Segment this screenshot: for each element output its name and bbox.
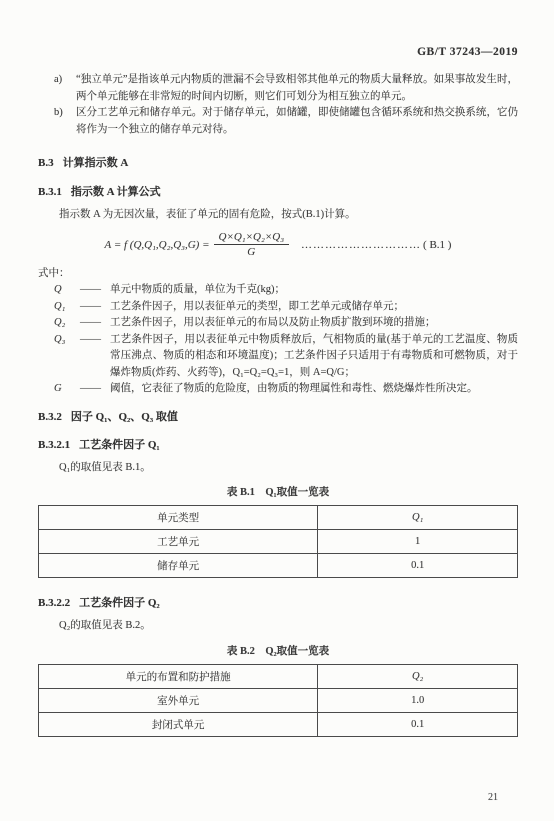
- dash: ——: [80, 381, 110, 398]
- table-cell: 封闭式单元: [39, 712, 318, 736]
- definition-text: 工艺条件因子，用以表征单元的布局以及防止物质扩散到环境的措施；: [110, 315, 518, 332]
- dash: ——: [80, 299, 110, 316]
- table-b1: 单元类型 Q₁ 工艺单元 1 储存单元 0.1: [38, 505, 518, 578]
- section-heading-b31: B.3.1指示数 A 计算公式: [38, 183, 518, 199]
- section-title: 工艺条件因子 Q₂: [79, 597, 160, 609]
- table-header-cell: Q₂: [318, 664, 518, 688]
- symbol: Q₁: [54, 299, 80, 316]
- definition-q3: Q₃ —— 工艺条件因子，用以表征单元中物质释放后，气相物质的量(基于单元的工艺…: [54, 332, 518, 382]
- dash: ——: [80, 282, 110, 299]
- table-cell: 储存单元: [39, 554, 318, 578]
- definition-text: 工艺条件因子，用以表征单元中物质释放后，气相物质的量(基于单元的工艺温度、物质常…: [110, 332, 518, 382]
- definition-q: Q —— 单元中物质的质量，单位为千克(kg)；: [54, 282, 518, 299]
- table-row: 工艺单元 1: [39, 530, 518, 554]
- table-row: 室外单元 1.0: [39, 688, 518, 712]
- section-number: B.3.1: [38, 186, 62, 198]
- formula-b1: A = f (Q,Q₁,Q₂,Q₃,G) = Q×Q₁×Q₂×Q₃ G ……………: [38, 228, 518, 262]
- note-marker: b): [54, 105, 76, 138]
- table-row: 封闭式单元 0.1: [39, 712, 518, 736]
- table-cell: 室外单元: [39, 688, 318, 712]
- table-cell: 1.0: [318, 688, 518, 712]
- note-item-a: a) “独立单元”是指该单元内物质的泄漏不会导致相邻其他单元的物质大量释放。如果…: [54, 72, 518, 105]
- definition-g: G —— 阈值，它表征了物质的危险度，由物质的物理属性和毒性、燃烧爆炸性所决定。: [54, 381, 518, 398]
- section-heading-b321: B.3.2.1工艺条件因子 Q₁: [38, 436, 518, 452]
- dash: ——: [80, 315, 110, 332]
- section-number: B.3.2: [38, 411, 62, 423]
- standard-code-header: GB/T 37243—2019: [38, 46, 518, 58]
- section-heading-b32: B.3.2因子 Q₁、Q₂、Q₃ 取值: [38, 408, 518, 424]
- section-heading-b3: B.3计算指示数 A: [38, 154, 518, 170]
- table-b1-title: 表 B.1 Q₁取值一览表: [38, 484, 518, 499]
- section-title: 工艺条件因子 Q₁: [79, 439, 160, 451]
- note-marker: a): [54, 72, 76, 105]
- note-text: 区分工艺单元和储存单元。对于储存单元，如储罐，即使储罐包含循环系统和热交换系统，…: [76, 105, 518, 138]
- definition-q2: Q₂ —— 工艺条件因子，用以表征单元的布局以及防止物质扩散到环境的措施；: [54, 315, 518, 332]
- section-number: B.3.2.2: [38, 597, 70, 609]
- section-title: 计算指示数 A: [63, 157, 129, 169]
- definition-text: 阈值，它表征了物质的危险度，由物质的物理属性和毒性、燃烧爆炸性所决定。: [110, 381, 518, 398]
- dash: ——: [80, 332, 110, 382]
- section-number: B.3.2.1: [38, 439, 70, 451]
- table-b2: 单元的布置和防护措施 Q₂ 室外单元 1.0 封闭式单元 0.1: [38, 664, 518, 737]
- definition-text: 单元中物质的质量，单位为千克(kg)；: [110, 282, 518, 299]
- table-cell: 0.1: [318, 554, 518, 578]
- table-header-row: 单元的布置和防护措施 Q₂: [39, 664, 518, 688]
- formula-fraction: Q×Q₁×Q₂×Q₃ G: [214, 231, 290, 258]
- symbol-definition-list: Q —— 单元中物质的质量，单位为千克(kg)； Q₁ —— 工艺条件因子，用以…: [38, 282, 518, 398]
- note-list: a) “独立单元”是指该单元内物质的泄漏不会导致相邻其他单元的物质大量释放。如果…: [54, 72, 518, 138]
- table-cell: 0.1: [318, 712, 518, 736]
- symbol: G: [54, 381, 80, 398]
- symbol: Q₃: [54, 332, 80, 382]
- where-lead: 式中：: [38, 266, 518, 283]
- definition-q1: Q₁ —— 工艺条件因子，用以表征单元的类型，即工艺单元或储存单元；: [54, 299, 518, 316]
- table-b2-title: 表 B.2 Q₂取值一览表: [38, 643, 518, 658]
- section-title: 指示数 A 计算公式: [71, 186, 161, 198]
- symbol: Q₂: [54, 315, 80, 332]
- definition-text: 工艺条件因子，用以表征单元的类型，即工艺单元或储存单元；: [110, 299, 518, 316]
- paragraph-b321-intro: Q₁的取值见表 B.1。: [38, 460, 518, 477]
- table-cell: 1: [318, 530, 518, 554]
- table-cell: 工艺单元: [39, 530, 318, 554]
- table-header-cell: Q₁: [318, 506, 518, 530]
- section-heading-b322: B.3.2.2工艺条件因子 Q₂: [38, 594, 518, 610]
- note-item-b: b) 区分工艺单元和储存单元。对于储存单元，如储罐，即使储罐包含循环系统和热交换…: [54, 105, 518, 138]
- formula-dot-leader: …………………………: [301, 239, 421, 251]
- table-header-row: 单元类型 Q₁: [39, 506, 518, 530]
- formula-number-label: ( B.1 ): [423, 239, 451, 251]
- table-row: 储存单元 0.1: [39, 554, 518, 578]
- section-title: 因子 Q₁、Q₂、Q₃ 取值: [71, 411, 178, 423]
- page-number: 21: [488, 792, 498, 803]
- symbol: Q: [54, 282, 80, 299]
- formula-numerator: Q×Q₁×Q₂×Q₃: [214, 231, 290, 245]
- formula-denominator: G: [214, 245, 290, 258]
- document-page: GB/T 37243—2019 a) “独立单元”是指该单元内物质的泄漏不会导致…: [0, 0, 554, 821]
- table-header-cell: 单元的布置和防护措施: [39, 664, 318, 688]
- section-number: B.3: [38, 157, 54, 169]
- formula-lhs: A = f (Q,Q₁,Q₂,Q₃,G) =: [105, 239, 210, 251]
- table-header-cell: 单元类型: [39, 506, 318, 530]
- note-text: “独立单元”是指该单元内物质的泄漏不会导致相邻其他单元的物质大量释放。如果事故发…: [76, 72, 518, 105]
- paragraph-b31-intro: 指示数 A 为无因次量，表征了单元的固有危险，按式(B.1)计算。: [38, 207, 518, 224]
- paragraph-b322-intro: Q₂的取值见表 B.2。: [38, 618, 518, 635]
